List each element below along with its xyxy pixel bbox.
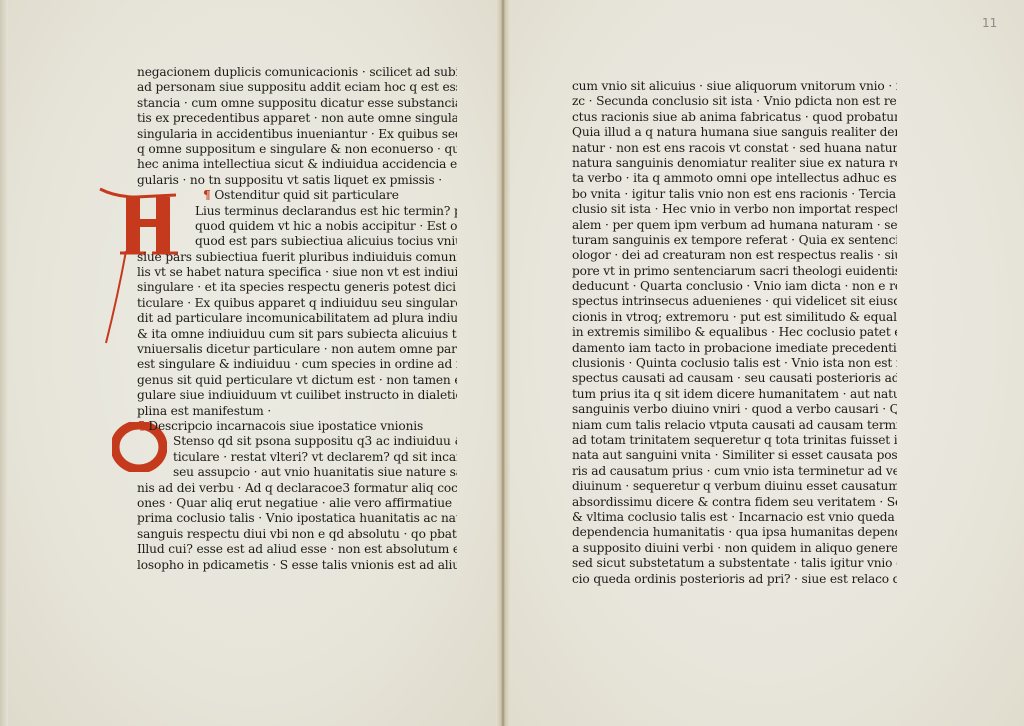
text-line: & ita omne indiuiduu cum sit pars subiec… <box>137 327 457 342</box>
text-line: ctus racionis siue ab anima fabricatus ·… <box>572 110 897 125</box>
text-line: siue pars subiectiua fuerit pluribus ind… <box>137 250 457 265</box>
book-spread: 11 negacionem duplicis comunicacionis · … <box>0 0 1024 726</box>
pilcrow-icon: ¶ <box>203 188 211 202</box>
text-line: & vltima coclusio talis est · Incarnacio… <box>572 510 897 525</box>
page-edge <box>0 0 8 726</box>
text-line: plina est manifestum · <box>137 404 457 419</box>
text-line: tum prius ita q sit idem dicere humanita… <box>572 387 897 402</box>
text-line: vniuersalis dicetur particulare · non au… <box>137 342 457 357</box>
text-line: sed sicut substetatum a substentate · ta… <box>572 556 897 571</box>
text-line: bo vnita · igitur talis vnio non est ens… <box>572 187 897 202</box>
text-line: clusio sit ista · Hec vnio in verbo non … <box>572 202 897 217</box>
book-gutter <box>496 0 510 726</box>
text-line: stancia · cum omne suppositu dicatur ess… <box>137 96 457 111</box>
section-heading: ¶ Descripcio incarnacois siue ipostatice… <box>137 419 457 434</box>
text-line: tis ex precedentibus apparet · non aute … <box>137 111 457 126</box>
section-heading: ¶ Ostenditur quid sit particulare <box>137 188 457 203</box>
text-line: gularis · no tn suppositu vt satis lique… <box>137 173 457 188</box>
text-line: sanguinis verbo diuino vniri · quod a ve… <box>572 402 897 417</box>
pilcrow-icon: ¶ <box>137 419 145 433</box>
text-line: niam cum talis relacio vtputa causati ad… <box>572 418 897 433</box>
text-line: Lius terminus declarandus est hic termin… <box>137 204 457 219</box>
text-line: seu assupcio · aut vnio huanitatis siue … <box>137 465 457 480</box>
heading-text: Descripcio incarnacois siue ipostatice v… <box>148 419 423 434</box>
text-line: alem · per quem ipm verbum ad humana nat… <box>572 218 897 233</box>
text-line: dependencia humanitatis · qua ipsa human… <box>572 525 897 540</box>
text-line: Illud cui? esse est ad aliud esse · non … <box>137 542 457 557</box>
folio-number: 11 <box>982 16 997 30</box>
text-line: lis vt se habet natura specifica · siue … <box>137 265 457 280</box>
right-text-column: cum vnio sit alicuius · siue aliquorum v… <box>572 79 897 587</box>
text-line: singulare · et ita species respectu gene… <box>137 280 457 295</box>
text-line: a supposito diuini verbi · non quidem in… <box>572 541 897 556</box>
text-line: damento iam tacto in probacione imediate… <box>572 341 897 356</box>
text-line: losopho in pdicametis · S esse talis vni… <box>137 558 457 573</box>
text-line: nis ad dei verbu · Ad q declaracoe3 form… <box>137 481 457 496</box>
text-line: cum vnio sit alicuius · siue aliquorum v… <box>572 79 897 94</box>
text-line: ad personam siue suppositu addit eciam h… <box>137 80 457 95</box>
text-line: sanguis respectu diui vbi non e qd absol… <box>137 527 457 542</box>
text-line: ones · Quar aliq erut negatiue · alie ve… <box>137 496 457 511</box>
left-text-column: negacionem duplicis comunicacionis · sci… <box>137 65 457 573</box>
text-line: absordissimu dicere & contra fidem seu v… <box>572 495 897 510</box>
text-line: clusionis · Quinta coclusio talis est · … <box>572 356 897 371</box>
text-line: q omne suppositum e singulare & non econ… <box>137 142 457 157</box>
text-line: cionis in vtroq; extremoru · put est sim… <box>572 310 897 325</box>
heading-text: Ostenditur quid sit particulare <box>214 188 398 203</box>
text-line: natura sanguinis denomiatur realiter siu… <box>572 156 897 171</box>
text-line: diuinum · sequeretur q verbum diuinu ess… <box>572 479 897 494</box>
text-line: quod est pars subiectiua alicuius tocius… <box>137 234 457 249</box>
text-line: est singulare & indiuiduu · cum species … <box>137 357 457 372</box>
text-line: in extremis similibo & equalibus · Hec c… <box>572 325 897 340</box>
text-line: negacionem duplicis comunicacionis · sci… <box>137 65 457 80</box>
text-line: ologor · dei ad creaturam non est respec… <box>572 248 897 263</box>
text-line: ticulare · Ex quibus apparet q indiuiduu… <box>137 296 457 311</box>
text-line: deducunt · Quarta conclusio · Vnio iam d… <box>572 279 897 294</box>
text-line: genus sit quid perticulare vt dictum est… <box>137 373 457 388</box>
text-line: hec anima intellectiua sicut & indiuidua… <box>137 157 457 172</box>
text-line: Stenso qd sit psona suppositu q3 ac indi… <box>137 434 457 449</box>
text-line: ad totam trinitatem sequeretur q tota tr… <box>572 433 897 448</box>
text-line: quod quidem vt hic a nobis accipitur · E… <box>137 219 457 234</box>
text-line: ris ad causatum prius · cum vnio ista te… <box>572 464 897 479</box>
text-line: zc · Secunda conclusio sit ista · Vnio p… <box>572 94 897 109</box>
text-line: turam sanguinis ex tempore referat · Qui… <box>572 233 897 248</box>
text-line: nata aut sanguini vnita · Similiter si e… <box>572 448 897 463</box>
text-line: dit ad particulare incomunicabilitatem a… <box>137 311 457 326</box>
text-line: natur · non est ens racois vt constat · … <box>572 141 897 156</box>
text-line: gulare siue indiuiduum vt cuilibet instr… <box>137 388 457 403</box>
text-line: Quia illud a q natura humana siue sangui… <box>572 125 897 140</box>
text-line: spectus causati ad causam · seu causati … <box>572 371 897 386</box>
text-line: prima coclusio talis · Vnio ipostatica h… <box>137 511 457 526</box>
text-line: cio queda ordinis posterioris ad pri? · … <box>572 572 897 587</box>
text-line: singularia in accidentibus inueniantur ·… <box>137 127 457 142</box>
text-line: spectus intrinsecus aduenienes · qui vid… <box>572 294 897 309</box>
text-line: ticulare · restat vlteri? vt declarem? q… <box>137 450 457 465</box>
text-line: pore vt in primo sentenciarum sacri theo… <box>572 264 897 279</box>
text-line: ta verbo · ita q ammoto omni ope intelle… <box>572 171 897 186</box>
